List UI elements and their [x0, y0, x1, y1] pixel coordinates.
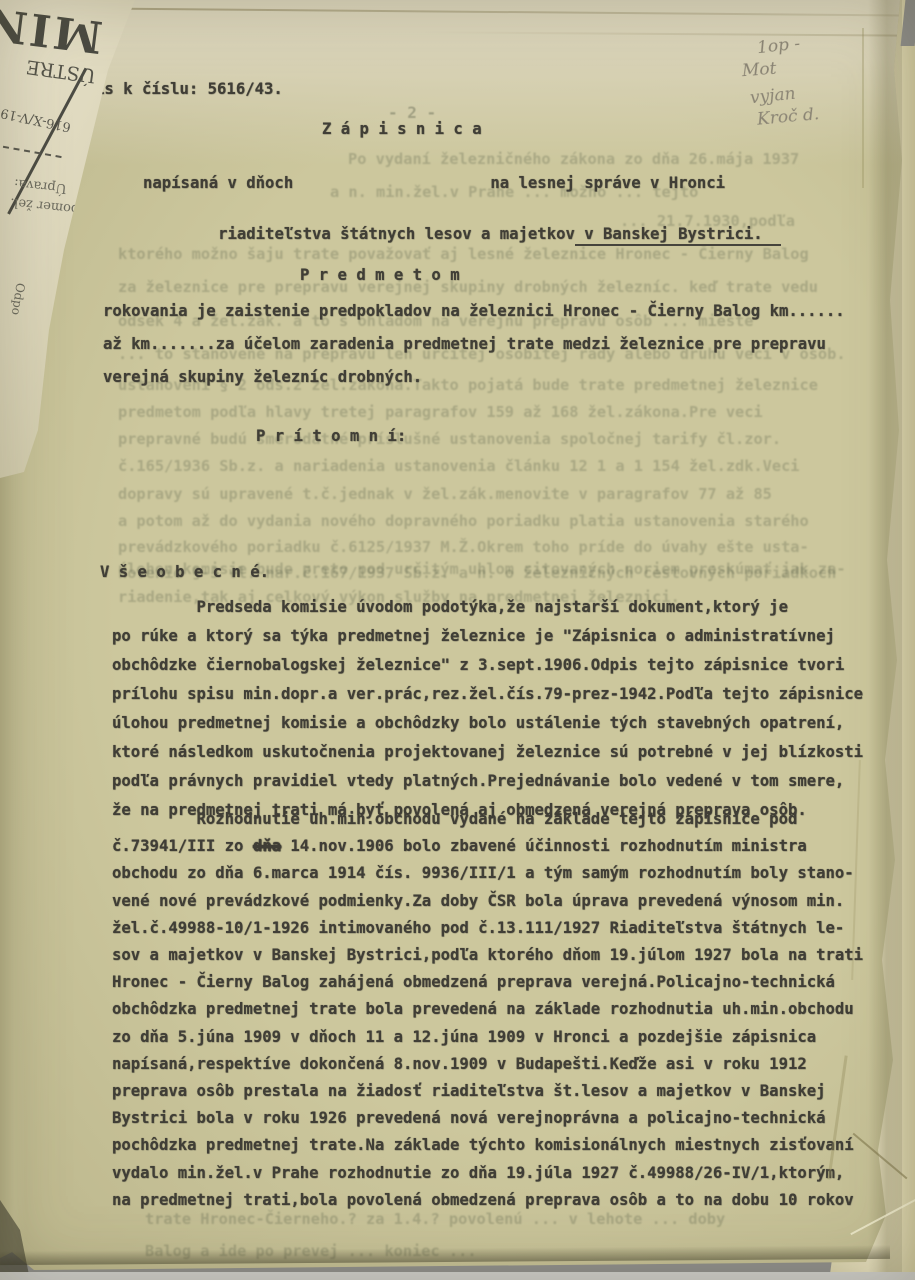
fold-note-2: pomer žel.	[9, 194, 80, 216]
pencil-note: Kroč d.	[756, 104, 820, 129]
pencil-note: Mot	[741, 59, 777, 81]
scanned-document: Po vydaní železničného zákona zo dňa 26.…	[0, 0, 915, 1280]
fold-note-3: Odpo	[9, 282, 28, 316]
pencil-note: 1op -	[756, 34, 801, 58]
pencil-note: vyjan	[749, 84, 796, 109]
pencil-annotations: 1op -MotvyjanKroč d.	[0, 0, 915, 1280]
background-bottom-strip	[0, 1272, 915, 1280]
document-page: Po vydaní železničného zákona zo dňa 26.…	[0, 0, 915, 1280]
fold-letterhead-large: MIN	[0, 0, 105, 62]
fold-dashed-line	[0, 144, 62, 158]
fold-reference-number: 616-X/V-19	[0, 105, 72, 135]
